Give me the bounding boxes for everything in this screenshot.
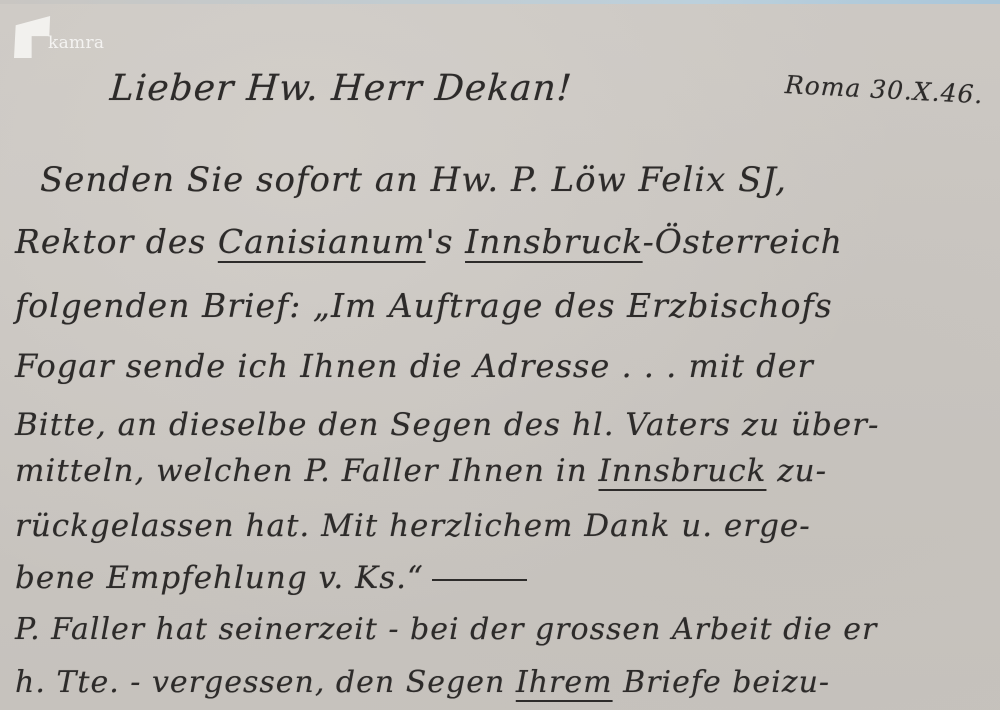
- letter-line-9: P. Faller hat seinerzeit - bei der gross…: [15, 612, 877, 647]
- letter-line-8-text: bene Empfehlung v. Ks.“: [15, 560, 424, 596]
- letter-line-7: rückgelassen hat. Mit herzlichem Dank u.…: [15, 508, 811, 544]
- letter-line-1: Senden Sie sofort an Hw. P. Löw Felix SJ…: [40, 160, 787, 200]
- letter-line-8: bene Empfehlung v. Ks.“: [15, 560, 527, 596]
- closing-dash-rule: [432, 579, 527, 581]
- letter-greeting: Lieber Hw. Herr Dekan!: [109, 68, 574, 109]
- letter-dateline: Roma 30.X.46.: [784, 70, 984, 109]
- letter-line-6: mitteln, welchen P. Faller Ihnen in Inns…: [15, 453, 827, 489]
- handwritten-letter: Lieber Hw. Herr Dekan! Roma 30.X.46. Sen…: [0, 0, 1000, 710]
- letter-line-4: Fogar sende ich Ihnen die Adresse . . . …: [15, 347, 814, 385]
- letter-line-10: h. Tte. - vergessen, den Segen Ihrem Bri…: [15, 665, 830, 700]
- letter-line-2: Rektor des Canisianum's Innsbruck-Österr…: [15, 222, 843, 261]
- letter-line-5: Bitte, an dieselbe den Segen des hl. Vat…: [15, 407, 879, 443]
- letter-line-3: folgenden Brief: „Im Auftrage des Erzbis…: [15, 286, 833, 325]
